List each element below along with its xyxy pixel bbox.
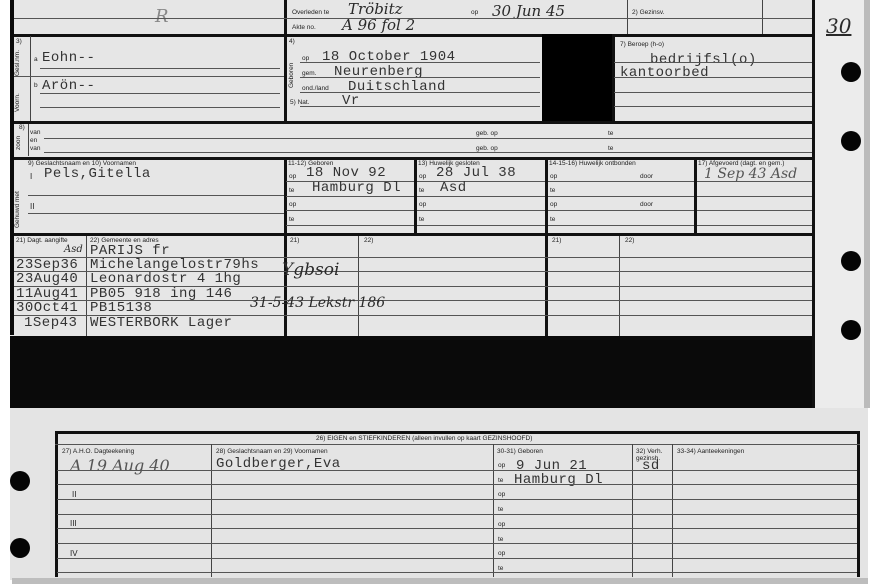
rule [57,543,857,544]
rule [40,93,280,94]
card-side-strip [812,0,864,408]
punch-hole [841,62,861,82]
op-label: op [419,201,426,208]
gem-label: gem. [302,70,316,77]
date-label: 21) Dagt. aangifte [16,237,68,244]
roman-iii: III [70,519,77,528]
rule [614,77,812,78]
te-label: te [608,130,613,137]
rule [57,499,857,500]
rule [57,558,857,559]
rule [57,514,857,515]
te-label: te [550,187,555,194]
divider [545,157,548,235]
op-label: op [498,491,505,498]
overleden-te-label: Overleden te [292,9,329,16]
van-label: van [30,129,40,136]
dissolved-label: 14-15-16) Huwelijk ontbonden [549,160,636,167]
initial-mark: R [155,6,169,27]
spouse-name: Pels,Gitella [44,166,151,182]
op-label: op [498,462,505,469]
redacted-area [542,34,612,123]
section-number: 3) [16,38,22,45]
marriage-place: Asd [440,180,467,196]
door-label: door [640,173,653,180]
akte-label: Akte no. [292,24,316,31]
address-date: 1Sep43 [24,315,77,331]
card-number: 30 [826,14,851,38]
en-label: en [30,137,37,144]
van-label: van [30,145,40,152]
rule [614,106,812,107]
rule [14,34,812,37]
address-date: Asd [64,244,83,255]
black-band [10,336,812,408]
rule [300,92,540,93]
op-label: op [550,201,557,208]
rule [286,196,812,197]
nat-label: 5) Nat. [290,99,310,106]
rule [300,77,540,78]
gehuwd-label: Gehuwd met [14,191,21,228]
divider [857,431,860,577]
afgevoerd-value: 1 Sep 43 Asd [704,166,797,182]
roman-ii: II [30,202,34,211]
geslnm-label: Gesl.nm. [14,50,21,76]
te-label: te [608,145,613,152]
rule [57,470,857,471]
op-label: op [289,201,296,208]
notes-label: 33-34) Aanteekeningen [677,448,744,455]
geboren-label: Geboren [288,63,295,88]
rule [44,152,812,153]
divider [612,34,615,123]
gezinsv-label: 2) Gezinsv. [632,9,664,16]
address-value: PB15138 [90,300,152,316]
rule [57,484,857,485]
te-label: te [419,216,424,223]
given-name: Arön-- [42,78,95,94]
handwritten-note: Ygbsoi [282,260,339,280]
op-label: op [550,173,557,180]
akte-value: A 96 fol 2 [342,16,415,34]
ondland-label: ond./land [302,85,329,92]
op-label: op [419,173,426,180]
b-marker: b [34,82,38,89]
address-value: WESTERBORK Lager [90,315,232,331]
roman-iv: IV [70,549,78,558]
rule [286,225,812,226]
aho-value: A 19 Aug 40 [70,456,170,475]
address-date: 30Oct41 [16,300,78,316]
handwritten-note: 31-5-43 Lekstr 186 [250,295,385,311]
col22-label: 22) [364,237,373,244]
spouse-birth-place: Hamburg Dl [312,180,401,196]
card-shadow [12,578,868,584]
te-label: te [289,216,294,223]
te-label: te [419,187,424,194]
rule [55,444,860,445]
surname: Eohn-- [42,50,95,66]
divider [28,124,29,156]
rule [614,62,812,63]
rule [57,528,857,529]
children-title: 26) EIGEN en STIEFKINDEREN (alleen invul… [316,435,532,442]
op-label: op [471,9,478,16]
rule [286,210,812,211]
spouse-birth-date: 18 Nov 92 [306,165,386,181]
child-born-label: 30-31) Geboren [497,448,543,455]
te-label: te [498,477,503,484]
te-label: te [498,536,503,543]
op-label: op [302,55,309,62]
col22-label: 22) [625,237,634,244]
address-date: 23Aug40 [16,271,78,287]
te-label: te [498,565,503,572]
punch-hole [841,251,861,271]
rule [300,62,540,63]
op-label: op [498,521,505,528]
rule [300,106,540,107]
rule [28,213,284,214]
zoon-label: zoon [15,136,22,150]
rule [28,195,284,196]
address-value: Leonardostr 4 1hg [90,271,241,287]
occupation-label: 7) Beroep (h-o) [620,41,664,48]
col21-label: 21) [290,237,299,244]
door-label: door [640,201,653,208]
marriage-date: 28 Jul 38 [436,165,516,181]
rule [40,107,280,108]
rule [44,138,812,139]
rule [14,233,812,236]
roman-ii: II [72,490,76,499]
roman-i: I [30,172,32,181]
aho-label: 27) A.H.O. Dagteekening [62,448,134,455]
occupation-line2: kantoorbed [620,65,709,81]
section-number: 4) [289,38,295,45]
punch-hole [841,320,861,340]
divider [30,36,31,122]
op-label: op [289,173,296,180]
geb-op-label: geb. op [476,130,498,137]
child-name-label: 28) Geslachtsnaam en 29) Voornamen [216,448,328,455]
section-number: 8) [19,124,25,131]
punch-hole [10,471,30,491]
rule [14,121,812,124]
a-marker: a [34,56,38,63]
divider [694,157,697,235]
rule [55,431,860,434]
geb-op-label: geb. op [476,145,498,152]
punch-hole [841,131,861,151]
op-label: op [498,550,505,557]
rule [40,68,280,69]
col21-label: 21) [552,237,561,244]
child-birth-place: Hamburg Dl [514,472,603,488]
te-label: te [498,506,503,513]
punch-hole [10,538,30,558]
te-label: te [550,216,555,223]
voorn-label: Voorn. [14,93,21,112]
rule [14,76,284,77]
divider [414,157,417,235]
rule [57,572,857,573]
child-verh: sd [642,458,660,474]
te-label: te [289,187,294,194]
rule [614,92,812,93]
divider [55,431,58,577]
